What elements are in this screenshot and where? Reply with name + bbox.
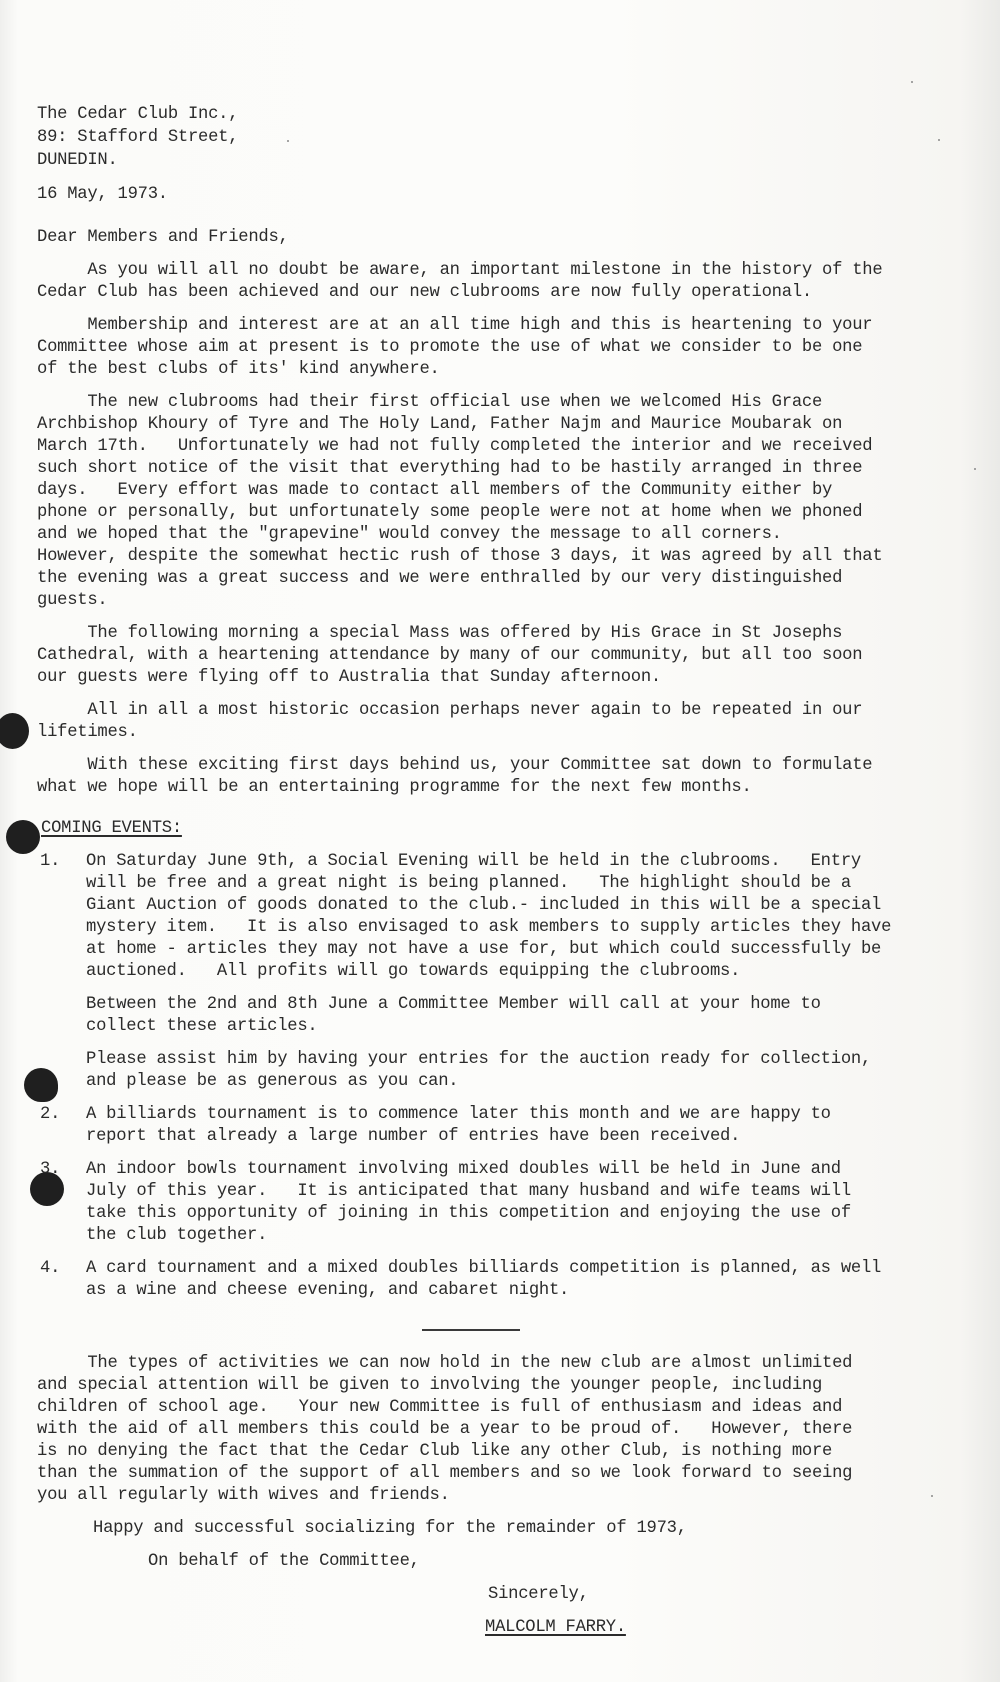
paper-speck [287, 140, 289, 142]
paragraph-line: Cathedral, with a heartening attendance … [37, 645, 862, 667]
event-line: report that already a large number of en… [86, 1126, 740, 1148]
paragraph-line: Committee whose aim at present is to pro… [37, 337, 862, 359]
event-number: 1. [40, 851, 60, 873]
paragraph-line: Archbishop Khoury of Tyre and The Holy L… [37, 414, 842, 436]
signature: MALCOLM FARRY. [485, 1617, 626, 1639]
paper-speck [938, 139, 940, 141]
paper-speck [911, 81, 913, 83]
event-line: A card tournament and a mixed doubles bi… [86, 1258, 881, 1280]
event-line: and please be as generous as you can. [86, 1071, 458, 1093]
event-line: Please assist him by having your entries… [86, 1049, 871, 1071]
letterhead-city: DUNEDIN. [37, 150, 118, 172]
event-line: A billiards tournament is to commence la… [86, 1104, 831, 1126]
paragraph-line: The types of activities we can now hold … [37, 1353, 852, 1375]
paragraph-line: As you will all no doubt be aware, an im… [37, 260, 882, 282]
paragraph-line: and we hoped that the "grapevine" would … [37, 524, 782, 546]
paragraph-line: Cedar Club has been achieved and our new… [37, 282, 812, 304]
paragraph-line: and special attention will be given to i… [37, 1375, 822, 1397]
paragraph-line: guests. [37, 590, 107, 612]
event-line: as a wine and cheese evening, and cabare… [86, 1280, 569, 1302]
event-line: mystery item. It is also envisaged to as… [86, 917, 891, 939]
event-line: Giant Auction of goods donated to the cl… [86, 895, 881, 917]
paragraph-line: With these exciting first days behind us… [37, 755, 872, 777]
events-heading: COMING EVENTS: [41, 818, 182, 840]
paragraph-line: March 17th. Unfortunately we had not ful… [37, 436, 872, 458]
paragraph-line: The following morning a special Mass was… [37, 623, 842, 645]
paragraph-line: you all regularly with wives and friends… [37, 1485, 450, 1507]
letterhead-org: The Cedar Club Inc., [37, 104, 238, 126]
event-number: 3. [40, 1159, 60, 1181]
paragraph-line: with the aid of all members this could b… [37, 1419, 852, 1441]
event-number: 4. [40, 1258, 60, 1280]
paragraph-line: the evening was a great success and we w… [37, 568, 842, 590]
event-line: auctioned. All profits will go towards e… [86, 961, 740, 983]
punch-hole-2 [6, 820, 40, 854]
paragraph-line: lifetimes. [37, 722, 138, 744]
paragraph-line: The new clubrooms had their first offici… [37, 392, 822, 414]
paragraph-line: children of school age. Your new Committ… [37, 1397, 842, 1419]
event-number: 2. [40, 1104, 60, 1126]
event-line: July of this year. It is anticipated tha… [86, 1181, 851, 1203]
event-line: On Saturday June 9th, a Social Evening w… [86, 851, 861, 873]
event-line: the club together. [86, 1225, 267, 1247]
section-divider [422, 1329, 520, 1331]
letterhead-street: 89: Stafford Street, [37, 127, 238, 149]
paragraph-line: phone or personally, but unfortunately s… [37, 502, 862, 524]
event-line: will be free and a great night is being … [86, 873, 851, 895]
event-line: take this opportunity of joining in this… [86, 1203, 851, 1225]
paragraph-line: However, despite the somewhat hectic rus… [37, 546, 882, 568]
signoff: Sincerely, [488, 1584, 589, 1606]
paragraph-line: our guests were flying off to Australia … [37, 667, 661, 689]
event-line: Between the 2nd and 8th June a Committee… [86, 994, 821, 1016]
paragraph-line: Membership and interest are at an all ti… [37, 315, 872, 337]
letter-date: 16 May, 1973. [37, 184, 168, 206]
paragraph-line: such short notice of the visit that ever… [37, 458, 862, 480]
paragraph-line: of the best clubs of its' kind anywhere. [37, 359, 440, 381]
paragraph-line: than the summation of the support of all… [37, 1463, 852, 1485]
event-line: at home - articles they may not have a u… [86, 939, 881, 961]
event-line: An indoor bowls tournament involving mix… [86, 1159, 841, 1181]
farewell-line: Happy and successful socializing for the… [93, 1518, 687, 1540]
event-line: collect these articles. [86, 1016, 317, 1038]
paragraph-line: days. Every effort was made to contact a… [37, 480, 832, 502]
paragraph-line: is no denying the fact that the Cedar Cl… [37, 1441, 832, 1463]
paragraph-line: All in all a most historic occasion perh… [37, 700, 862, 722]
paragraph-line: what we hope will be an entertaining pro… [37, 777, 752, 799]
salutation: Dear Members and Friends, [37, 227, 289, 249]
on-behalf-line: On behalf of the Committee, [148, 1551, 420, 1573]
punch-hole-3 [24, 1068, 58, 1102]
paper-speck [931, 1495, 933, 1497]
paper-speck [974, 468, 976, 470]
punch-hole-1 [0, 713, 29, 749]
